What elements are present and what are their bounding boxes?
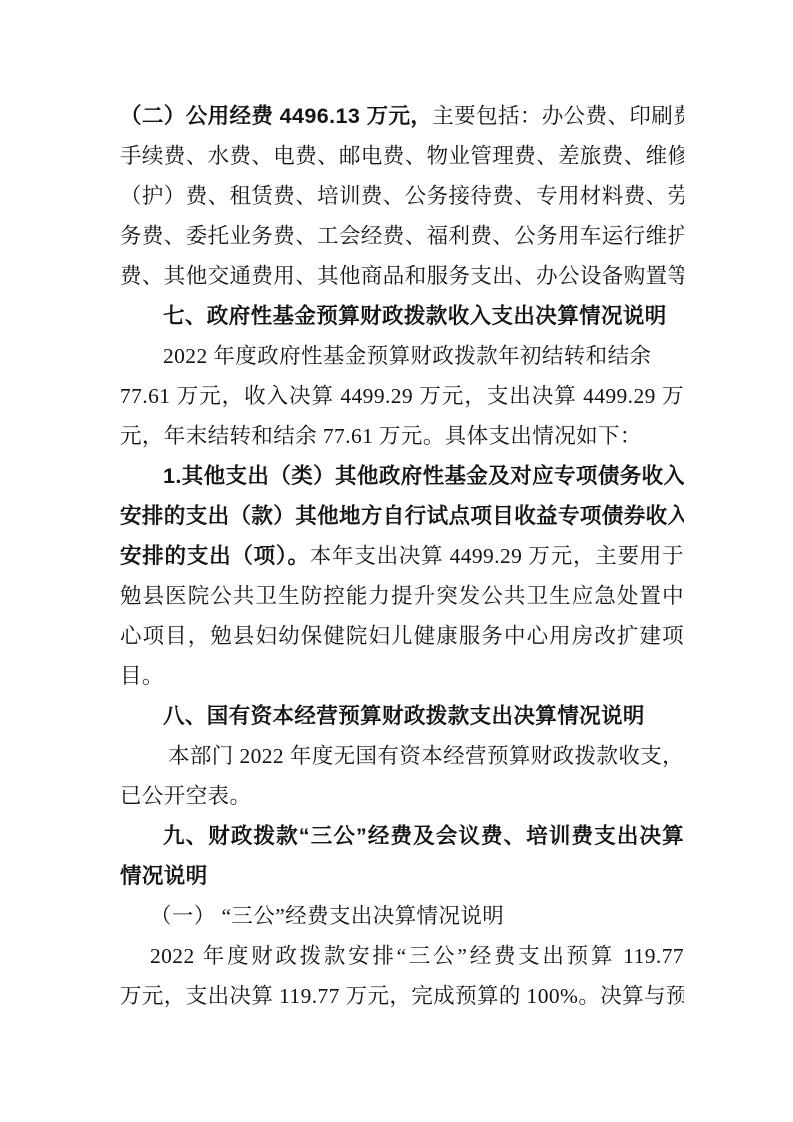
bold-text-run: 八、国有资本经营预算财政拨款支出决算情况说明 <box>163 704 645 728</box>
text-line: 九、财政拨款“三公”经费及会议费、培训费支出决算 <box>120 816 684 856</box>
text-run: 心项目，勉县妇幼保健院妇儿健康服务中心用房改扩建项 <box>120 624 684 648</box>
text-line: 目。 <box>120 656 684 696</box>
text-run: 费、其他交通费用、其他商品和服务支出、办公设备购置等。 <box>120 264 684 288</box>
document-content: （二）公用经费 4496.13 万元，主要包括：办公费、印刷费、手续费、水费、电… <box>120 96 684 1016</box>
text-run: 万元，支出决算 119.77 万元，完成预算的 100%。决算与预 <box>120 984 684 1008</box>
text-line: 七、政府性基金预算财政拨款收入支出决算情况说明 <box>120 296 684 336</box>
text-run: 77.61 万元，收入决算 4499.29 万元，支出决算 4499.29 万 <box>120 384 684 408</box>
paragraph-public-expense-breakdown: （二）公用经费 4496.13 万元，主要包括：办公费、印刷费、手续费、水费、电… <box>120 96 684 296</box>
paragraph-gov-fund-budget-summary: 2022 年度政府性基金预算财政拨款年初结转和结余77.61 万元，收入决算 4… <box>120 336 684 456</box>
paragraph-heading-section-9: 九、财政拨款“三公”经费及会议费、培训费支出决算情况说明 <box>120 816 684 896</box>
text-run: （护）费、租赁费、培训费、公务接待费、专用材料费、劳 <box>120 184 684 208</box>
text-run: 目。 <box>120 664 164 688</box>
bold-text-run: 安排的支出（项）。 <box>120 544 310 568</box>
text-line: 元，年末结转和结余 77.61 万元。具体支出情况如下： <box>120 416 684 456</box>
text-line: 2022 年度政府性基金预算财政拨款年初结转和结余 <box>120 336 684 376</box>
paragraph-heading-section-8: 八、国有资本经营预算财政拨款支出决算情况说明 <box>120 696 684 736</box>
text-line: 心项目，勉县妇幼保健院妇儿健康服务中心用房改扩建项 <box>120 616 684 656</box>
text-line: （护）费、租赁费、培训费、公务接待费、专用材料费、劳 <box>120 176 684 216</box>
text-line: 情况说明 <box>120 856 684 896</box>
bold-text-run: 七、政府性基金预算财政拨款收入支出决算情况说明 <box>163 304 667 328</box>
text-line: 勉县医院公共卫生防控能力提升突发公共卫生应急处置中 <box>120 576 684 616</box>
text-line: 安排的支出（项）。本年支出决算 4499.29 万元，主要用于 <box>120 536 684 576</box>
bold-text-run: （二）公用经费 4496.13 万元， <box>120 104 432 128</box>
bold-text-run: 1.其他支出（类）其他政府性基金及对应专项债务收入 <box>163 464 684 488</box>
paragraph-other-expenditure-item: 1.其他支出（类）其他政府性基金及对应专项债务收入安排的支出（款）其他地方自行试… <box>120 456 684 696</box>
paragraph-three-public-summary: 2022 年度财政拨款安排“三公”经费支出预算 119.77万元，支出决算 11… <box>120 936 684 1016</box>
text-line: 手续费、水费、电费、邮电费、物业管理费、差旅费、维修 <box>120 136 684 176</box>
bold-text-run: 安排的支出（款）其他地方自行试点项目收益专项债券收入 <box>120 504 684 528</box>
text-run: 手续费、水费、电费、邮电费、物业管理费、差旅费、维修 <box>120 144 684 168</box>
text-run: 2022 年度财政拨款安排“三公”经费支出预算 119.77 <box>150 944 684 968</box>
text-line: 已公开空表。 <box>120 776 684 816</box>
text-line: 八、国有资本经营预算财政拨款支出决算情况说明 <box>120 696 684 736</box>
text-run: 主要包括：办公费、印刷费、 <box>432 104 684 128</box>
bold-text-run: 情况说明 <box>120 864 208 888</box>
text-line: 务费、委托业务费、工会经费、福利费、公务用车运行维护 <box>120 216 684 256</box>
text-line: （二）公用经费 4496.13 万元，主要包括：办公费、印刷费、 <box>120 96 684 136</box>
text-line: （一） “三公”经费支出决算情况说明 <box>120 896 684 936</box>
paragraph-sub-heading-three-public: （一） “三公”经费支出决算情况说明 <box>120 896 684 936</box>
text-run: 元，年末结转和结余 77.61 万元。具体支出情况如下： <box>120 424 642 448</box>
text-line: 2022 年度财政拨款安排“三公”经费支出预算 119.77 <box>120 936 684 976</box>
text-run: 勉县医院公共卫生防控能力提升突发公共卫生应急处置中 <box>120 584 684 608</box>
text-run: 已公开空表。 <box>120 784 251 808</box>
text-run: 务费、委托业务费、工会经费、福利费、公务用车运行维护 <box>120 224 684 248</box>
paragraph-heading-section-7: 七、政府性基金预算财政拨款收入支出决算情况说明 <box>120 296 684 336</box>
text-run: （一） “三公”经费支出决算情况说明 <box>150 904 504 928</box>
document-page: （二）公用经费 4496.13 万元，主要包括：办公费、印刷费、手续费、水费、电… <box>0 0 793 1122</box>
text-line: 77.61 万元，收入决算 4499.29 万元，支出决算 4499.29 万 <box>120 376 684 416</box>
paragraph-state-capital-note: 本部门 2022 年度无国有资本经营预算财政拨款收支，已公开空表。 <box>120 736 684 816</box>
text-line: 1.其他支出（类）其他政府性基金及对应专项债务收入 <box>120 456 684 496</box>
text-run: 本部门 2022 年度无国有资本经营预算财政拨款收支， <box>168 744 684 768</box>
text-line: 费、其他交通费用、其他商品和服务支出、办公设备购置等。 <box>120 256 684 296</box>
text-line: 本部门 2022 年度无国有资本经营预算财政拨款收支， <box>120 736 684 776</box>
text-run: 本年支出决算 4499.29 万元，主要用于 <box>310 544 684 568</box>
text-line: 万元，支出决算 119.77 万元，完成预算的 100%。决算与预 <box>120 976 684 1016</box>
bold-text-run: 九、财政拨款“三公”经费及会议费、培训费支出决算 <box>163 824 684 848</box>
text-line: 安排的支出（款）其他地方自行试点项目收益专项债券收入 <box>120 496 684 536</box>
text-run: 2022 年度政府性基金预算财政拨款年初结转和结余 <box>163 344 651 368</box>
